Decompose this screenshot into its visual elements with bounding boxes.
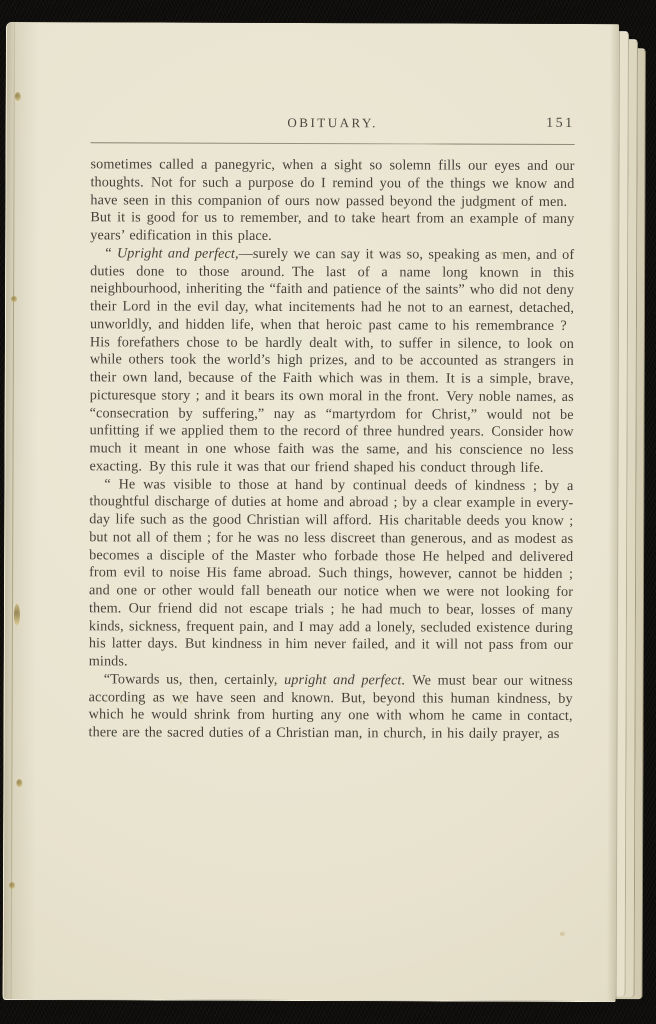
text-block: sometimes called a panegyric, when a sig… bbox=[89, 156, 575, 743]
scan-background: OBITUARY. 151 sometimes called a panegyr… bbox=[0, 0, 656, 1024]
paragraph: “Towards us, then, certainly, upright an… bbox=[89, 671, 573, 744]
paragraph: “ Upright and perfect,—surely we can say… bbox=[89, 245, 574, 477]
running-head: OBITUARY. bbox=[91, 114, 575, 132]
book-page: OBITUARY. 151 sometimes called a panegyr… bbox=[3, 22, 619, 1002]
italic-text: Upright and perfect, bbox=[117, 245, 239, 261]
body-text: “ He was visible to those at hand by con… bbox=[89, 476, 574, 670]
body-text: “Towards us, then, certainly, bbox=[104, 671, 284, 688]
body-text: sometimes called a panegyric, when a sig… bbox=[90, 156, 574, 244]
foxing-speck bbox=[560, 932, 565, 936]
header-rule bbox=[91, 142, 575, 145]
body-text: —surely we can say it was so, speaking a… bbox=[89, 246, 574, 476]
body-text: “ bbox=[105, 245, 117, 261]
page-header: OBITUARY. 151 bbox=[91, 114, 575, 134]
paragraph: “ He was visible to those at hand by con… bbox=[89, 476, 574, 673]
italic-text: upright and perfect bbox=[284, 672, 401, 688]
paragraph: sometimes called a panegyric, when a sig… bbox=[90, 156, 574, 246]
book-page-group: OBITUARY. 151 sometimes called a panegyr… bbox=[0, 0, 656, 1024]
page-number: 151 bbox=[546, 116, 575, 132]
